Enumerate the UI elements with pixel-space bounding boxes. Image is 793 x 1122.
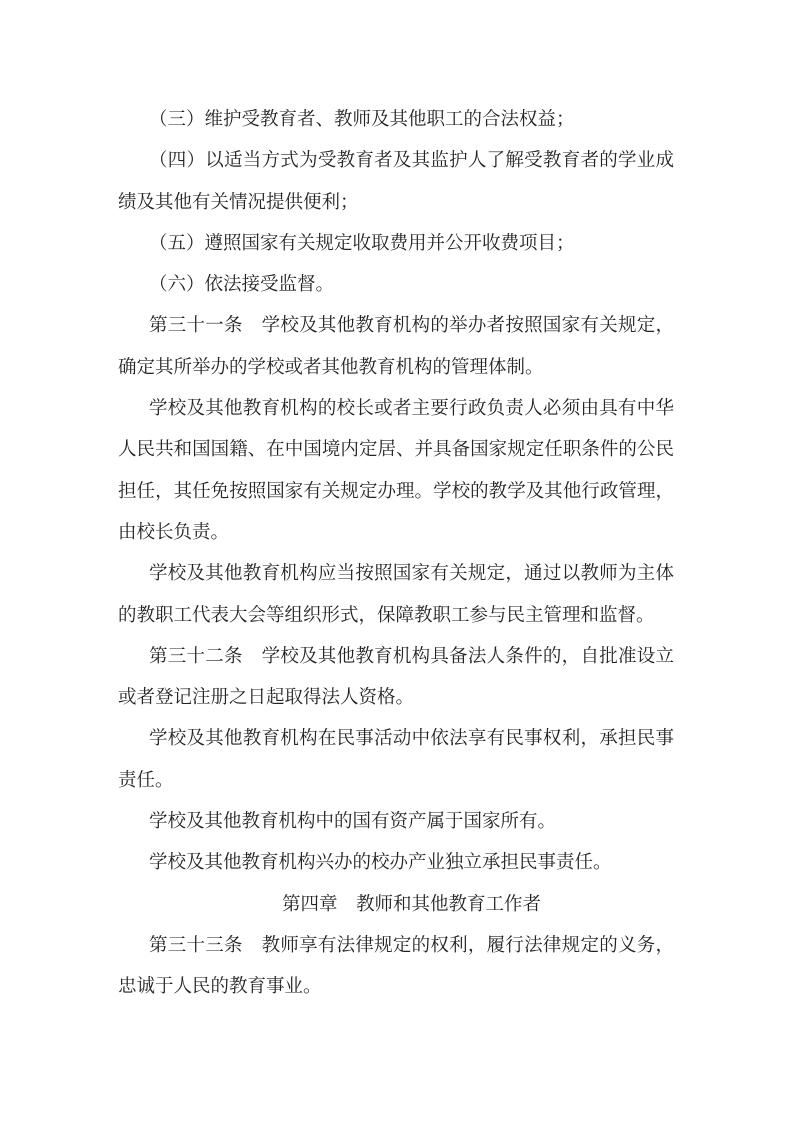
label-gap — [243, 315, 262, 336]
article-32-paragraph-3: 学校及其他教育机构中的国有资产属于国家所有。 — [118, 801, 674, 842]
article-31-paragraph-1: 第三十一条 学校及其他教育机构的举办者按照国家有关规定，确定其所举办的学校或者其… — [118, 305, 674, 388]
article-label: 第三十三条 — [149, 935, 243, 956]
article-label: 第三十二条 — [149, 646, 243, 667]
paragraph-text: （六）依法接受监督。 — [149, 274, 334, 295]
article-33-paragraph-1: 第三十三条 教师享有法律规定的权利，履行法律规定的义务，忠诚于人民的教育事业。 — [118, 925, 674, 1008]
paragraph-text: （五）遵照国家有关规定收取费用并公开收费项目； — [149, 233, 575, 254]
article-32-paragraph-4: 学校及其他教育机构兴办的校办产业独立承担民事责任。 — [118, 842, 674, 883]
article-32-paragraph-1: 第三十二条 学校及其他教育机构具备法人条件的，自批准设立或者登记注册之日起取得法… — [118, 636, 674, 719]
paragraph-text: 学校及其他教育机构中的国有资产属于国家所有。 — [149, 811, 556, 832]
paragraph-text: 学校及其他教育机构兴办的校办产业独立承担民事责任。 — [149, 852, 612, 873]
paragraph-text: 学校及其他教育机构的校长或者主要行政负责人必须由具有中华人民共和国国籍、在中国境… — [118, 398, 674, 543]
paragraph-text: 学校及其他教育机构应当按照国家有关规定，通过以教师为主体的教职工代表大会等组织形… — [118, 563, 674, 625]
chapter-heading: 第四章 教师和其他教育工作者 — [118, 884, 674, 925]
paragraph-text: （四）以适当方式为受教育者及其监护人了解受教育者的学业成绩及其他有关情况提供便利… — [118, 150, 674, 212]
label-gap — [243, 646, 262, 667]
document-page: （三）维护受教育者、教师及其他职工的合法权益； （四）以适当方式为受教育者及其监… — [118, 99, 674, 1008]
list-item-6: （六）依法接受监督。 — [118, 264, 674, 305]
article-31-paragraph-2: 学校及其他教育机构的校长或者主要行政负责人必须由具有中华人民共和国国籍、在中国境… — [118, 388, 674, 553]
chapter-number: 第四章 — [282, 894, 338, 915]
paragraph-text: （三）维护受教育者、教师及其他职工的合法权益； — [149, 109, 575, 130]
paragraph-text: 学校及其他教育机构在民事活动中依法享有民事权利，承担民事责任。 — [118, 728, 674, 790]
label-gap — [243, 935, 262, 956]
chapter-title: 教师和其他教育工作者 — [356, 894, 541, 915]
article-32-paragraph-2: 学校及其他教育机构在民事活动中依法享有民事权利，承担民事责任。 — [118, 718, 674, 801]
article-label: 第三十一条 — [149, 315, 243, 336]
article-31-paragraph-3: 学校及其他教育机构应当按照国家有关规定，通过以教师为主体的教职工代表大会等组织形… — [118, 553, 674, 636]
list-item-5: （五）遵照国家有关规定收取费用并公开收费项目； — [118, 223, 674, 264]
list-item-4: （四）以适当方式为受教育者及其监护人了解受教育者的学业成绩及其他有关情况提供便利… — [118, 140, 674, 223]
list-item-3: （三）维护受教育者、教师及其他职工的合法权益； — [118, 99, 674, 140]
